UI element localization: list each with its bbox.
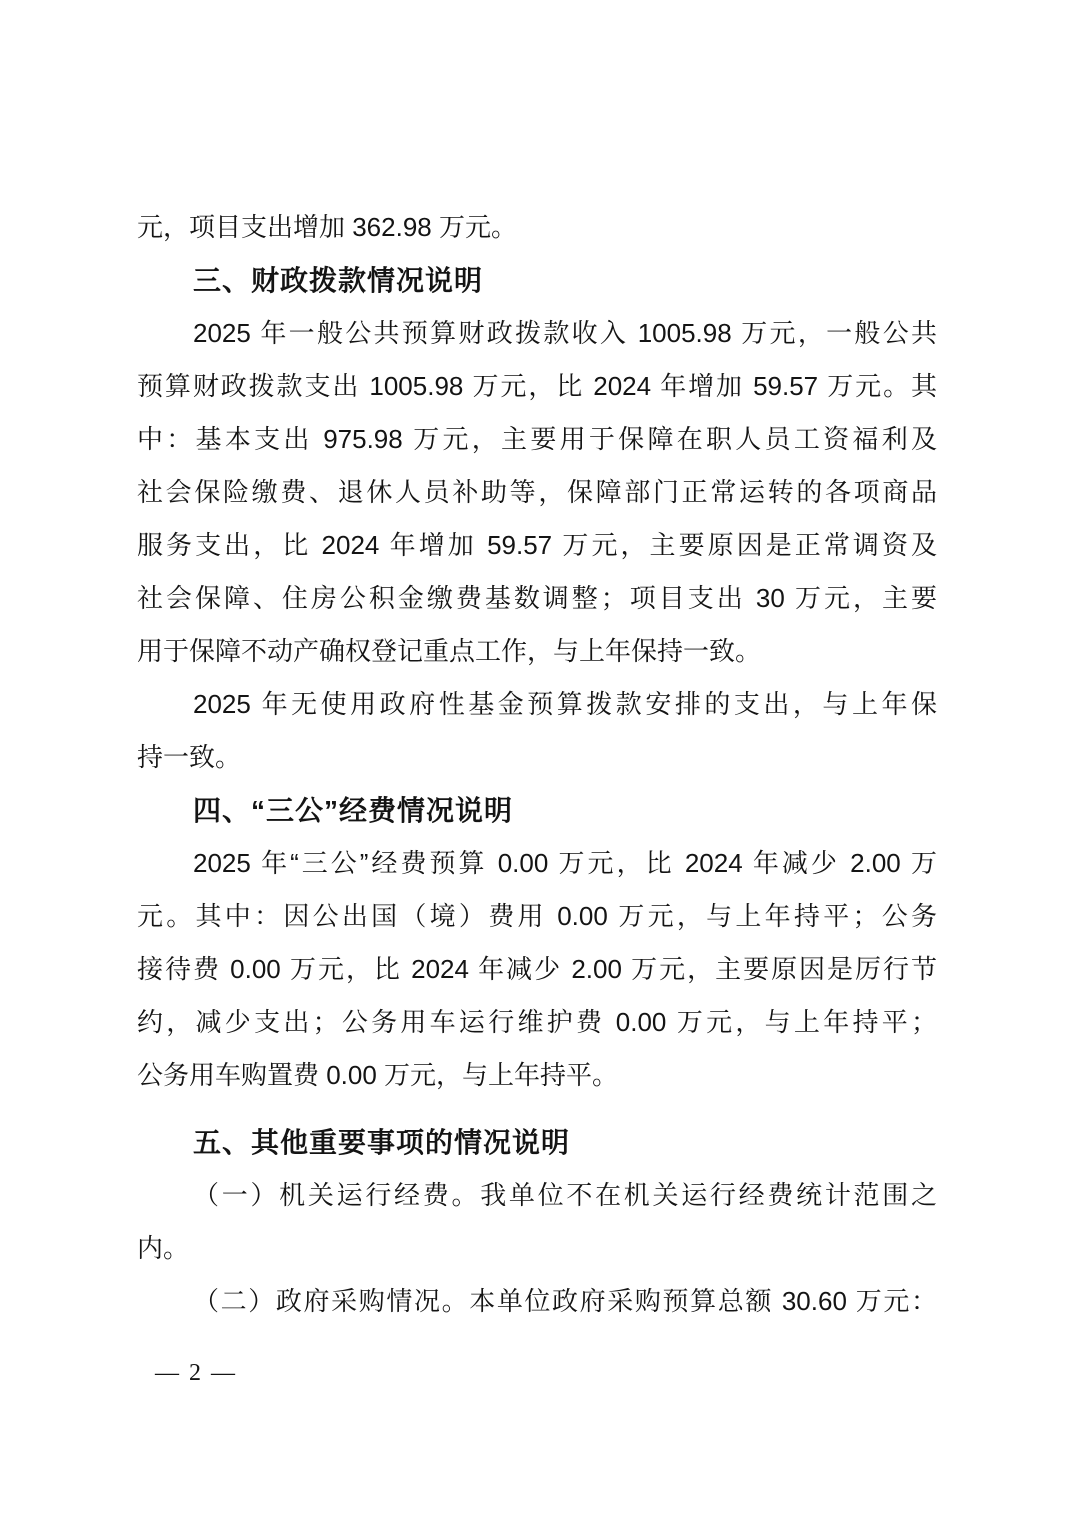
subitem-line-government-procurement: （二）政府采购情况。本单位政府采购预算总额 30.60 万元： <box>137 1275 937 1328</box>
body-line-paragraph-end: 用于保障不动产确权登记重点工作，与上年保持一致。 <box>137 625 937 678</box>
body-line-paragraph-end: 内。 <box>137 1222 937 1275</box>
body-line: 社会保障、住房公积金缴费基数调整；项目支出 30 万元，主要 <box>137 572 937 625</box>
body-line: 服务支出，比 2024 年增加 59.57 万元，主要原因是正常调资及 <box>137 519 937 572</box>
body-line: 中：基本支出 975.98 万元，主要用于保障在职人员工资福利及 <box>137 413 937 466</box>
section-heading-three-public-expenses: 四、“三公”经费情况说明 <box>137 784 937 837</box>
body-line: 2025 年“三公”经费预算 0.00 万元，比 2024 年减少 2.00 万 <box>137 837 937 890</box>
document-page: 元，项目支出增加 362.98 万元。 三、财政拨款情况说明 2025 年一般公… <box>0 0 1074 1520</box>
body-line: 社会保险缴费、退休人员补助等，保障部门正常运转的各项商品 <box>137 466 937 519</box>
section-heading-other-important-items: 五、其他重要事项的情况说明 <box>137 1116 937 1169</box>
body-line-paragraph-end: 公务用车购置费 0.00 万元，与上年持平。 <box>137 1049 937 1102</box>
section-heading-fiscal-appropriation: 三、财政拨款情况说明 <box>137 254 937 307</box>
document-body: 元，项目支出增加 362.98 万元。 三、财政拨款情况说明 2025 年一般公… <box>137 201 937 1328</box>
body-line: 2025 年一般公共预算财政拨款收入 1005.98 万元，一般公共 <box>137 307 937 360</box>
body-line-paragraph-end: 持一致。 <box>137 731 937 784</box>
page-number: — 2 — <box>155 1358 237 1388</box>
subitem-line-agency-operating-funds: （一）机关运行经费。我单位不在机关运行经费统计范围之 <box>137 1169 937 1222</box>
body-line: 接待费 0.00 万元，比 2024 年减少 2.00 万元，主要原因是厉行节 <box>137 943 937 996</box>
body-line: 约，减少支出；公务用车运行维护费 0.00 万元，与上年持平； <box>137 996 937 1049</box>
body-line-continuation: 元，项目支出增加 362.98 万元。 <box>137 201 937 254</box>
body-line: 元。其中：因公出国（境）费用 0.00 万元，与上年持平；公务 <box>137 890 937 943</box>
body-line: 2025 年无使用政府性基金预算拨款安排的支出，与上年保 <box>137 678 937 731</box>
body-line: 预算财政拨款支出 1005.98 万元，比 2024 年增加 59.57 万元。… <box>137 360 937 413</box>
